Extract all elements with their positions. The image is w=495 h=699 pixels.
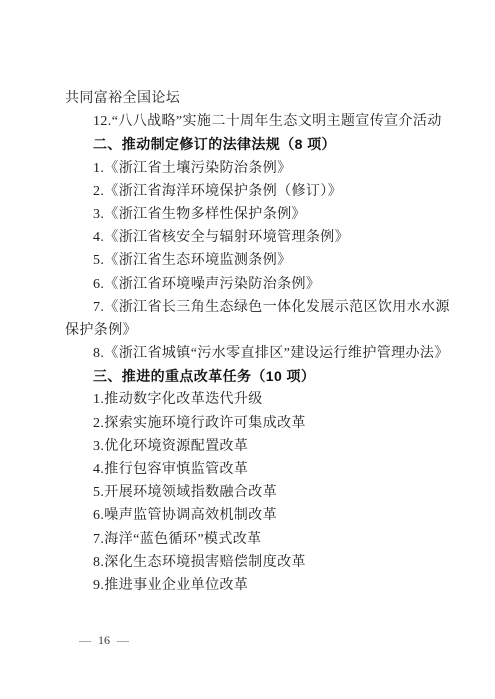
- document-line: 9.推进事业企业单位改革: [65, 574, 455, 597]
- document-line: 6.《浙江省环境噪声污染防治条例》: [65, 273, 455, 296]
- document-line: 保护条例》: [65, 319, 455, 342]
- document-line: 4.推行包容审慎监管改革: [65, 458, 455, 481]
- document-line: 3.优化环境资源配置改革: [65, 435, 455, 458]
- document-line: 7.《浙江省长三角生态绿色一体化发展示范区饮用水水源: [65, 296, 455, 319]
- document-line: 1.推动数字化改革迭代升级: [65, 388, 455, 411]
- document-line: 1.《浙江省土壤污染防治条例》: [65, 157, 455, 180]
- document-line: 共同富裕全国论坛: [65, 87, 455, 110]
- document-line: 8.深化生态环境损害赔偿制度改革: [65, 551, 455, 574]
- document-line: 3.《浙江省生物多样性保护条例》: [65, 203, 455, 226]
- document-page: 共同富裕全国论坛12.“八八战略”实施二十周年生态文明主题宣传宣介活动二、推动制…: [0, 0, 495, 699]
- document-line: 4.《浙江省核安全与辐射环境管理条例》: [65, 226, 455, 249]
- document-line: 8.《浙江省城镇“污水零直排区”建设运行维护管理办法》: [65, 342, 455, 365]
- document-heading-line: 三、推进的重点改革任务（10 项）: [65, 365, 455, 388]
- document-heading-line: 二、推动制定修订的法律法规（8 项）: [65, 133, 455, 156]
- footer-left-dash: —: [79, 633, 91, 647]
- document-line: 6.噪声监管协调高效机制改革: [65, 504, 455, 527]
- page-footer: —16—: [79, 632, 129, 648]
- document-line: 5.《浙江省生态环境监测条例》: [65, 249, 455, 272]
- document-line: 7.海洋“蓝色循环”模式改革: [65, 528, 455, 551]
- footer-right-dash: —: [117, 633, 129, 647]
- document-line: 12.“八八战略”实施二十周年生态文明主题宣传宣介活动: [65, 110, 455, 133]
- document-line: 5.开展环境领域指数融合改革: [65, 481, 455, 504]
- document-line: 2.《浙江省海洋环境保护条例（修订）》: [65, 180, 455, 203]
- page-number: 16: [98, 633, 110, 647]
- document-body: 共同富裕全国论坛12.“八八战略”实施二十周年生态文明主题宣传宣介活动二、推动制…: [65, 87, 455, 597]
- document-line: 2.探索实施环境行政许可集成改革: [65, 412, 455, 435]
